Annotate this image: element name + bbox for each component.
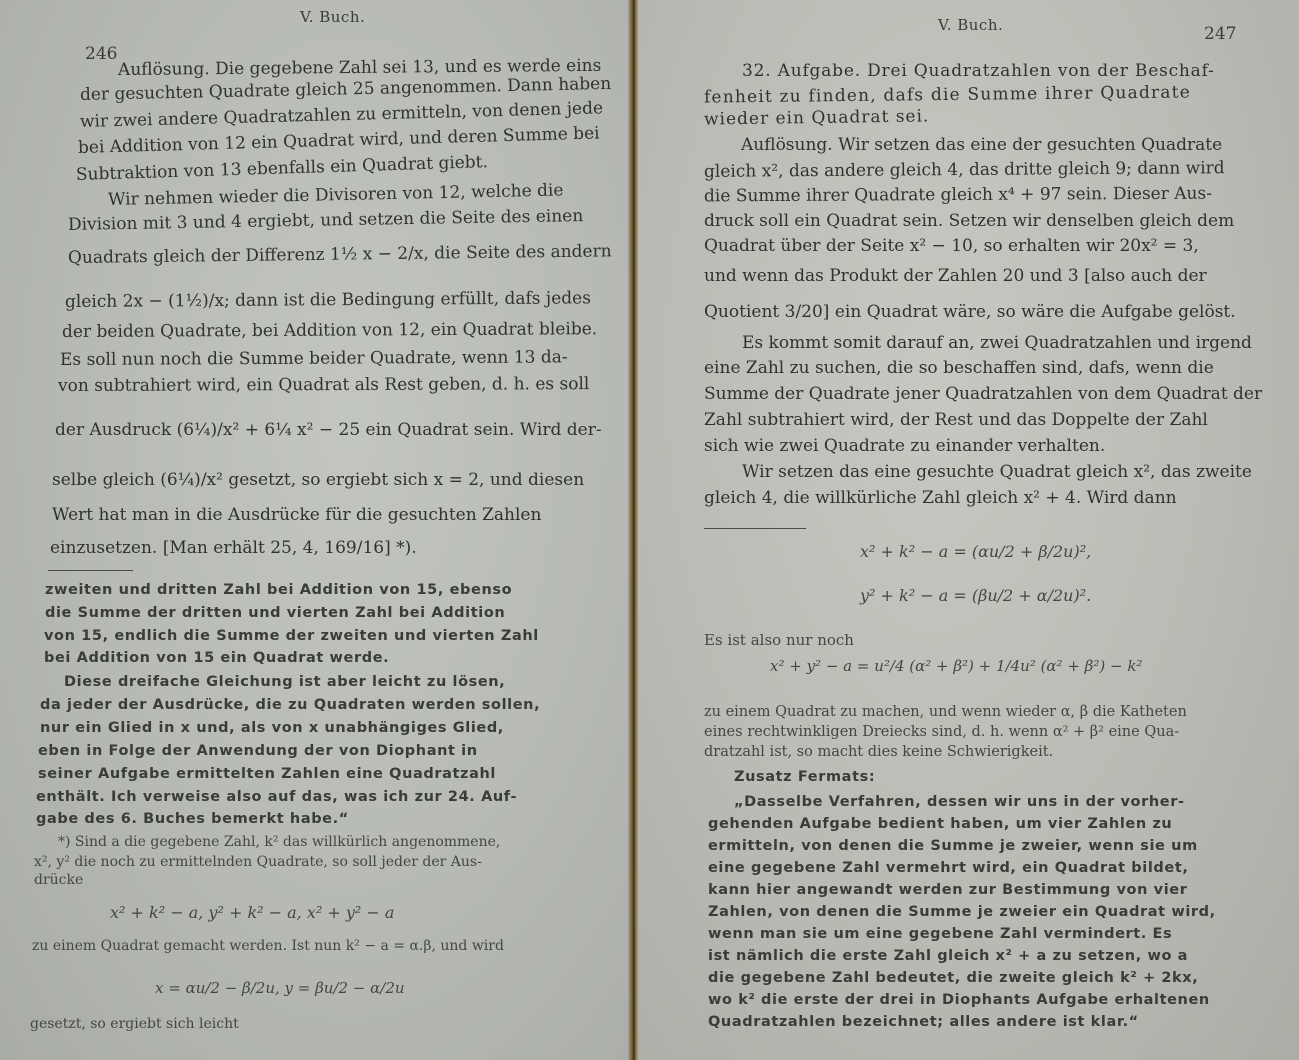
text-line: Quadrats gleich der Differenz 1½ x − 2/x… (68, 241, 612, 268)
text-line: gleich 2x − (1½)/x; dann ist die Bedingu… (65, 288, 591, 312)
text-line: und wenn das Produkt der Zahlen 20 und 3… (704, 266, 1207, 286)
footnote-line: zu einem Quadrat zu machen, und wenn wie… (704, 702, 1187, 722)
text-line: fenheit zu finden, dafs die Summe ihrer … (704, 82, 1191, 107)
text-line: Zusatz Fermats: (734, 767, 875, 787)
text-line: Quadrat über der Seite x² − 10, so erhal… (704, 236, 1199, 256)
text-line: einzusetzen. [Man erhält 25, 4, 169/16] … (50, 538, 417, 558)
text-line: Division mit 3 und 4 ergiebt, und setzen… (68, 206, 584, 235)
text-line: eben in Folge der Anwendung der von Diop… (38, 741, 478, 761)
text-line: eine gegebene Zahl vermehrt wird, ein Qu… (708, 858, 1188, 878)
text-line: selbe gleich (6¼)/x² gesetzt, so ergiebt… (52, 470, 584, 490)
text-line: druck soll ein Quadrat sein. Setzen wir … (704, 211, 1234, 231)
text-line: Wir nehmen wieder die Divisoren von 12, … (108, 180, 564, 210)
text-line: von subtrahiert wird, ein Quadrat als Re… (58, 374, 589, 396)
text-line: Es soll nun noch die Summe beider Quadra… (60, 347, 568, 370)
text-line: gleich 4, die willkürliche Zahl gleich x… (704, 488, 1177, 508)
text-line: Subtraktion von 13 ebenfalls ein Quadrat… (76, 152, 489, 185)
text-line: die Summe der dritten und vierten Zahl b… (45, 603, 505, 623)
footnote-formula: x² + y² − a = u²/4 (α² + β²) + 1/4u² (α²… (770, 656, 1142, 676)
text-line: gleich x², das andere gleich 4, das drit… (704, 158, 1225, 182)
footnote-line: drücke (34, 870, 83, 890)
text-line: Summe der Quadrate jener Quadratzahlen v… (704, 384, 1262, 404)
text-line: enthält. Ich verweise also auf das, was … (36, 787, 517, 807)
footnote-divider (48, 570, 133, 571)
page-number-left: 246 (85, 44, 117, 64)
running-head-right: V. Buch. (938, 16, 1003, 34)
text-line: wenn man sie um eine gegebene Zahl vermi… (708, 924, 1172, 944)
text-line: Diese dreifache Gleichung ist aber leich… (64, 672, 505, 692)
footnote-line: zu einem Quadrat gemacht werden. Ist nun… (32, 936, 504, 956)
text-line: kann hier angewandt werden zur Bestimmun… (708, 880, 1187, 900)
footnote-line: Es ist also nur noch (704, 630, 854, 650)
text-line: Zahl subtrahiert wird, der Rest und das … (704, 410, 1208, 430)
text-line: eine Zahl zu suchen, die so beschaffen s… (704, 358, 1214, 378)
footnote-line: gesetzt, so ergiebt sich leicht (30, 1014, 239, 1034)
text-line: von 15, endlich die Summe der zweiten un… (44, 626, 539, 646)
footnote-line: *) Sind a die gegebene Zahl, k² das will… (58, 832, 500, 852)
text-line: Wir setzen das eine gesuchte Quadrat gle… (742, 462, 1252, 482)
text-line: sich wie zwei Quadrate zu einander verha… (704, 436, 1105, 456)
text-line: die gegebene Zahl bedeutet, die zweite g… (708, 968, 1198, 988)
text-line: ist nämlich die erste Zahl gleich x² + a… (708, 946, 1188, 966)
text-line: nur ein Glied in x und, als von x unabhä… (40, 718, 504, 738)
text-line: „Dasselbe Verfahren, dessen wir uns in d… (734, 792, 1185, 812)
page-number-right: 247 (1204, 24, 1236, 44)
footnote-formula: y² + k² − a = (βu/2 + α/2u)². (860, 586, 1091, 606)
footnote-formula: x² + k² − a, y² + k² − a, x² + y² − a (110, 903, 394, 923)
text-line: Zahlen, von denen die Summe je zweier ei… (708, 902, 1216, 922)
text-line: gabe des 6. Buches bemerkt habe.“ (36, 809, 349, 829)
text-line: der Ausdruck (6¼)/x² + 6¼ x² − 25 ein Qu… (55, 420, 602, 440)
text-line: zweiten und dritten Zahl bei Addition vo… (45, 580, 512, 600)
text-line: ermitteln, von denen die Summe je zweier… (708, 836, 1198, 856)
footnote-line: eines rechtwinkligen Dreiecks sind, d. h… (704, 722, 1179, 742)
footnote-divider (704, 528, 806, 529)
text-line: Auflösung. Wir setzen das eine der gesuc… (741, 135, 1222, 155)
text-line: gehenden Aufgabe bedient haben, um vier … (708, 814, 1172, 834)
footnote-formula: x = αu/2 − β/2u, y = βu/2 − α/2u (155, 978, 405, 998)
running-head-left: V. Buch. (300, 8, 365, 26)
text-line: bei Addition von 15 ein Quadrat werde. (44, 648, 389, 668)
text-line: die Summe ihrer Quadrate gleich x⁴ + 97 … (704, 184, 1212, 207)
footnote-line: x², y² die noch zu ermittelnden Quadrate… (34, 852, 482, 872)
footnote-formula: x² + k² − a = (αu/2 + β/2u)², (860, 542, 1091, 562)
left-page: V. Buch. 246 Auflösung. Die gegebene Zah… (0, 0, 632, 1060)
text-line: Quotient 3/20] ein Quadrat wäre, so wäre… (704, 302, 1236, 322)
text-line: seiner Aufgabe ermittelten Zahlen eine Q… (38, 764, 496, 784)
text-line: da jeder der Ausdrücke, die zu Quadraten… (40, 695, 540, 715)
text-line: der beiden Quadrate, bei Addition von 12… (62, 319, 597, 342)
footnote-line: dratzahl ist, so macht dies keine Schwie… (704, 742, 1053, 762)
text-line: Quadratzahlen bezeichnet; alles andere i… (708, 1012, 1139, 1032)
text-line: wieder ein Quadrat sei. (704, 106, 930, 129)
text-line: Es kommt somit darauf an, zwei Quadratza… (742, 333, 1252, 353)
text-line: 32. Aufgabe. Drei Quadratzahlen von der … (742, 61, 1215, 81)
text-line: Wert hat man in die Ausdrücke für die ge… (52, 505, 541, 525)
right-page: V. Buch. 247 32. Aufgabe. Drei Quadratza… (638, 0, 1299, 1060)
text-line: wo k² die erste der drei in Diophants Au… (708, 990, 1210, 1010)
